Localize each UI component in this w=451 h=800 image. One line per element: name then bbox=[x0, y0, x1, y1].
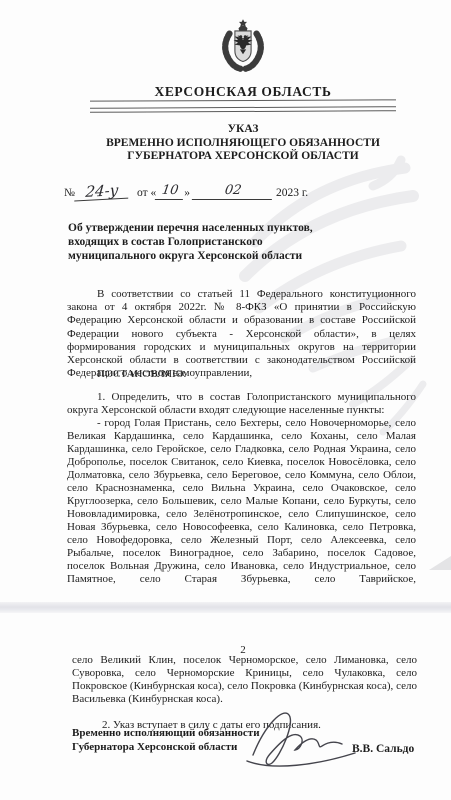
decree-heading-line-1: УКАЗ bbox=[35, 123, 451, 137]
decree-number-handwritten: 24-у bbox=[74, 181, 130, 202]
decree-number-date-line: № 24-у от « 10 » 02 2023 г. bbox=[64, 182, 308, 200]
signer-title-line-1: Временно исполняющий обязанности bbox=[72, 726, 260, 740]
page-2: 2 село Великий Клин, поселок Черноморско… bbox=[0, 613, 451, 800]
resolve-word: ПОСТАНОВЛЯЮ: bbox=[97, 368, 186, 380]
signature-icon bbox=[243, 703, 361, 775]
item-1-intro-paragraph: 1. Определить, что в состав Голопристанс… bbox=[67, 391, 416, 417]
signer-name: В.В. Сальдо bbox=[352, 743, 414, 755]
preamble-paragraph: В соответствии со статьей 11 Федеральног… bbox=[67, 288, 416, 380]
number-sign-label: № bbox=[64, 187, 75, 200]
signer-title-line-2: Губернатора Херсонской области bbox=[72, 740, 260, 754]
decree-subject-line-3: муниципального округа Херсонской области bbox=[68, 249, 313, 263]
decree-heading-line-2: ВРЕМЕННО ИСПОЛНЯЮЩЕГО ОБЯЗАННОСТИ bbox=[35, 137, 451, 151]
region-name-heading: ХЕРСОНСКАЯ ОБЛАСТЬ bbox=[0, 84, 451, 100]
scanned-decree-document: ХЕРСОНСКАЯ ОБЛАСТЬ УКАЗ ВРЕМЕННО ИСПОЛНЯ… bbox=[0, 0, 451, 800]
page-break-divider bbox=[0, 602, 451, 613]
kherson-oblast-coat-of-arms-icon bbox=[216, 18, 270, 78]
scan-corner-artifact bbox=[429, 556, 451, 570]
header-rule-top bbox=[90, 99, 396, 101]
page-1: ХЕРСОНСКАЯ ОБЛАСТЬ УКАЗ ВРЕМЕННО ИСПОЛНЯ… bbox=[0, 0, 451, 602]
settlements-list-part-1: - город Голая Пристань, село Бехтеры, се… bbox=[67, 417, 416, 586]
decree-subject-line-2: входящих в состав Голопристанского bbox=[68, 235, 313, 249]
date-day-handwritten: 10 bbox=[155, 183, 185, 200]
decree-subject: Об утверждении перечня населенных пункто… bbox=[68, 221, 313, 263]
decree-subject-line-1: Об утверждении перечня населенных пункто… bbox=[68, 221, 313, 235]
date-from-label: от « bbox=[137, 187, 156, 200]
date-quote-close: » bbox=[184, 187, 190, 200]
date-month-handwritten: 02 bbox=[192, 183, 274, 200]
signer-title: Временно исполняющий обязанности Губерна… bbox=[72, 726, 260, 754]
decree-heading: УКАЗ ВРЕМЕННО ИСПОЛНЯЮЩЕГО ОБЯЗАННОСТИ Г… bbox=[0, 123, 451, 164]
decree-heading-line-3: ГУБЕРНАТОРА ХЕРСОНСКОЙ ОБЛАСТИ bbox=[35, 150, 451, 164]
header-rule-bottom bbox=[90, 110, 396, 113]
date-year-label: 2023 г. bbox=[276, 187, 308, 200]
settlements-list-part-2: село Великий Клин, поселок Черноморское,… bbox=[72, 654, 417, 706]
header-rule-middle bbox=[90, 106, 396, 109]
